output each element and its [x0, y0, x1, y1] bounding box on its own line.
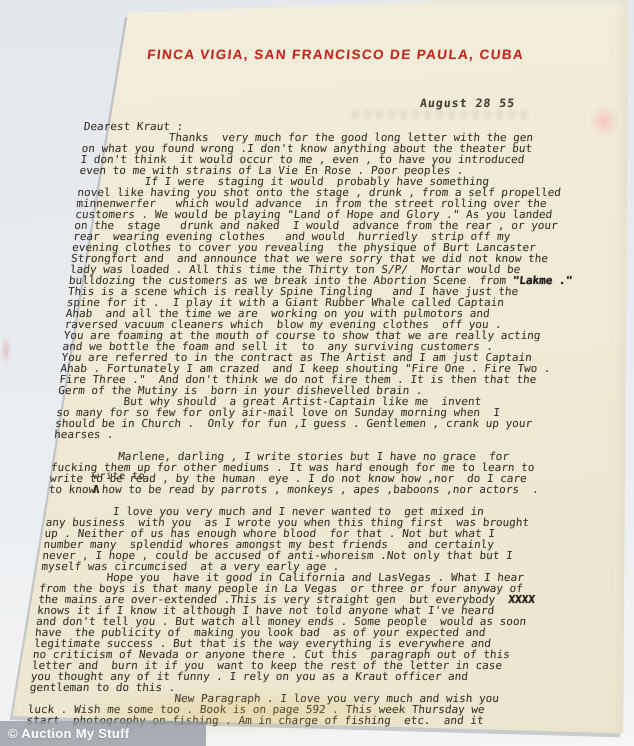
date-line: August 28 55 — [419, 96, 515, 110]
letter-line: to know how to be read by parrots , monk… — [48, 484, 589, 495]
watermark-text: © Auction My Stuff — [8, 726, 129, 741]
letter-line: should be in Church . Only for fun ,I gu… — [55, 418, 596, 429]
letter-line: hearses . — [54, 429, 595, 440]
photo-scene: FINCA VIGIA, SAN FRANCISCO DE PAULA, CUB… — [0, 0, 634, 746]
letterhead: FINCA VIGIA, SAN FRANCISCO DE PAULA, CUB… — [0, 47, 629, 62]
watermark-badge: © Auction My Stuff — [0, 721, 206, 746]
letter-body: Dearest Kraut : Thanks very much for the… — [26, 121, 624, 726]
letter-content: FINCA VIGIA, SAN FRANCISCO DE PAULA, CUB… — [0, 0, 634, 746]
